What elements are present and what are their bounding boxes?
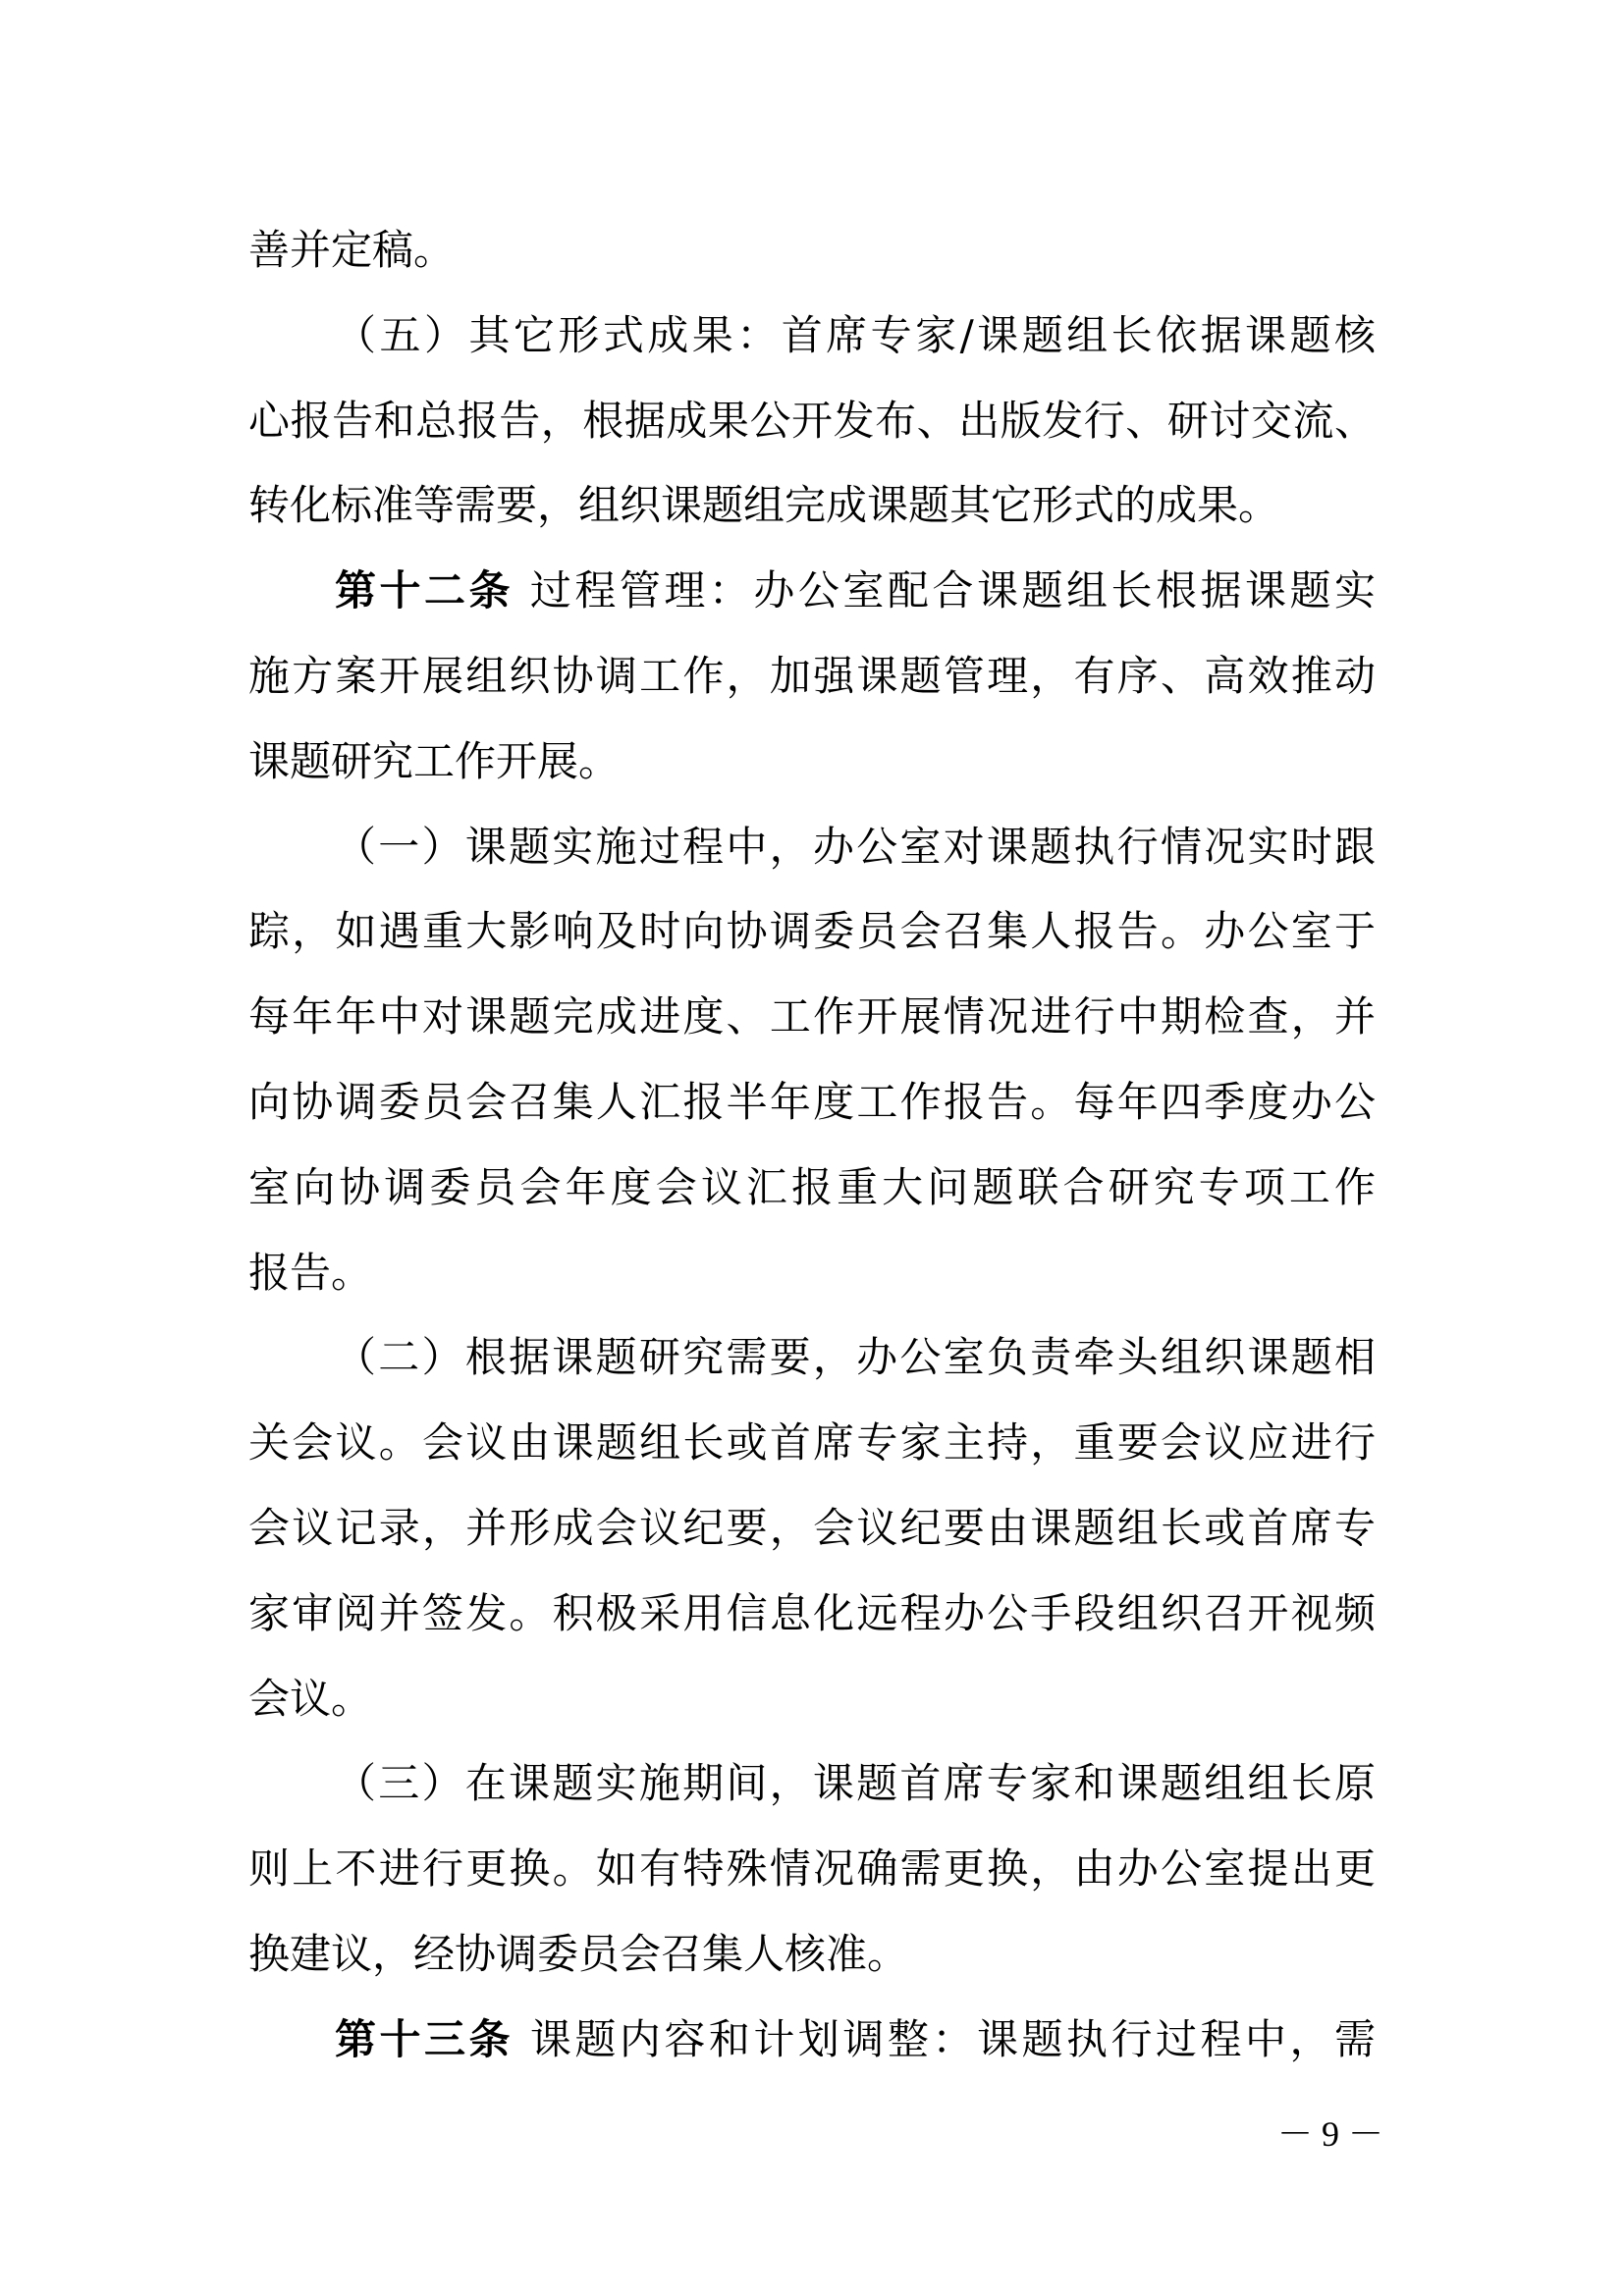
text-line: （三）在课题实施期间，课题首席专家和课题组组长原 (248, 1741, 1376, 1827)
text-line: （五）其它形式成果：首席专家/课题组长依据课题核 (248, 294, 1376, 379)
text-line: 善并定稿。 (248, 208, 1376, 294)
line-text: 向协调委员会召集人汇报半年度工作报告。每年四季度办公 (248, 1078, 1376, 1126)
line-text: 课题研究工作开展。 (248, 737, 620, 785)
text-line: （二）根据课题研究需要，办公室负责牵头组织课题相 (248, 1315, 1376, 1401)
article-heading-line: 第十二条 过程管理：办公室配合课题组长根据课题实 (248, 549, 1376, 634)
line-text: （二）根据课题研究需要，办公室负责牵头组织课题相 (335, 1333, 1376, 1381)
text-line: 室向协调委员会年度会议汇报重大问题联合研究专项工作 (248, 1146, 1376, 1231)
line-text: 每年年中对课题完成进度、工作开展情况进行中期检查，并 (248, 992, 1376, 1041)
article-heading: 第十二条 (335, 566, 514, 614)
line-text: 换建议，经协调委员会召集人核准。 (248, 1930, 908, 1978)
text-line: 则上不进行更换。如有特殊情况确需更换，由办公室提出更 (248, 1827, 1376, 1912)
line-text: 转化标准等需要，组织课题组完成课题其它形式的成果。 (248, 481, 1279, 529)
text-line: 报告。 (248, 1231, 1376, 1316)
text-line: （一）课题实施过程中，办公室对课题执行情况实时跟 (248, 805, 1376, 890)
text-line: 向协调委员会召集人汇报半年度工作报告。每年四季度办公 (248, 1060, 1376, 1146)
text-line: 课题研究工作开展。 (248, 720, 1376, 805)
line-text: 课题内容和计划调整：课题执行过程中，需 (514, 2015, 1376, 2063)
line-text: 会议。 (248, 1675, 372, 1723)
text-line: 转化标准等需要，组织课题组完成课题其它形式的成果。 (248, 463, 1376, 549)
line-text: 室向协调委员会年度会议汇报重大问题联合研究专项工作 (248, 1163, 1376, 1211)
line-text: 施方案开展组织协调工作，加强课题管理，有序、高效推动 (248, 652, 1376, 700)
text-line: 每年年中对课题完成进度、工作开展情况进行中期检查，并 (248, 975, 1376, 1060)
line-text: 过程管理：办公室配合课题组长根据课题实 (514, 566, 1376, 614)
line-text: 踪，如遇重大影响及时向协调委员会召集人报告。办公室于 (248, 907, 1376, 955)
line-text: 则上不进行更换。如有特殊情况确需更换，由办公室提出更 (248, 1844, 1376, 1893)
line-text: （五）其它形式成果：首席专家/课题组长依据课题核 (335, 311, 1376, 359)
document-page: 善并定稿。 （五）其它形式成果：首席专家/课题组长依据课题核 心报告和总报告，根… (0, 0, 1624, 2296)
line-text: 关会议。会议由课题组长或首席专家主持，重要会议应进行 (248, 1418, 1376, 1467)
article-heading: 第十三条 (335, 2015, 514, 2063)
line-text: 家审阅并签发。积极采用信息化远程办公手段组织召开视频 (248, 1589, 1376, 1637)
line-text: 报告。 (248, 1249, 372, 1297)
line-text: 心报告和总报告，根据成果公开发布、出版发行、研讨交流、 (248, 397, 1376, 445)
text-line: 家审阅并签发。积极采用信息化远程办公手段组织召开视频 (248, 1572, 1376, 1657)
line-text: 会议记录，并形成会议纪要，会议纪要由课题组长或首席专 (248, 1504, 1376, 1552)
text-line: 心报告和总报告，根据成果公开发布、出版发行、研讨交流、 (248, 379, 1376, 464)
line-text: 善并定稿。 (248, 226, 455, 274)
line-text: （三）在课题实施期间，课题首席专家和课题组组长原 (335, 1759, 1376, 1807)
article-heading-line: 第十三条 课题内容和计划调整：课题执行过程中，需 (248, 1998, 1376, 2083)
text-line: 会议记录，并形成会议纪要，会议纪要由课题组长或首席专 (248, 1486, 1376, 1572)
text-line: 施方案开展组织协调工作，加强课题管理，有序、高效推动 (248, 634, 1376, 720)
text-line: 关会议。会议由课题组长或首席专家主持，重要会议应进行 (248, 1401, 1376, 1486)
document-body: 善并定稿。 （五）其它形式成果：首席专家/课题组长依据课题核 心报告和总报告，根… (248, 208, 1376, 2083)
text-line: 会议。 (248, 1657, 1376, 1742)
text-line: 踪，如遇重大影响及时向协调委员会召集人报告。办公室于 (248, 889, 1376, 975)
page-number: － 9 － (1276, 2112, 1384, 2156)
line-text: （一）课题实施过程中，办公室对课题执行情况实时跟 (335, 823, 1376, 871)
text-line: 换建议，经协调委员会召集人核准。 (248, 1912, 1376, 1998)
